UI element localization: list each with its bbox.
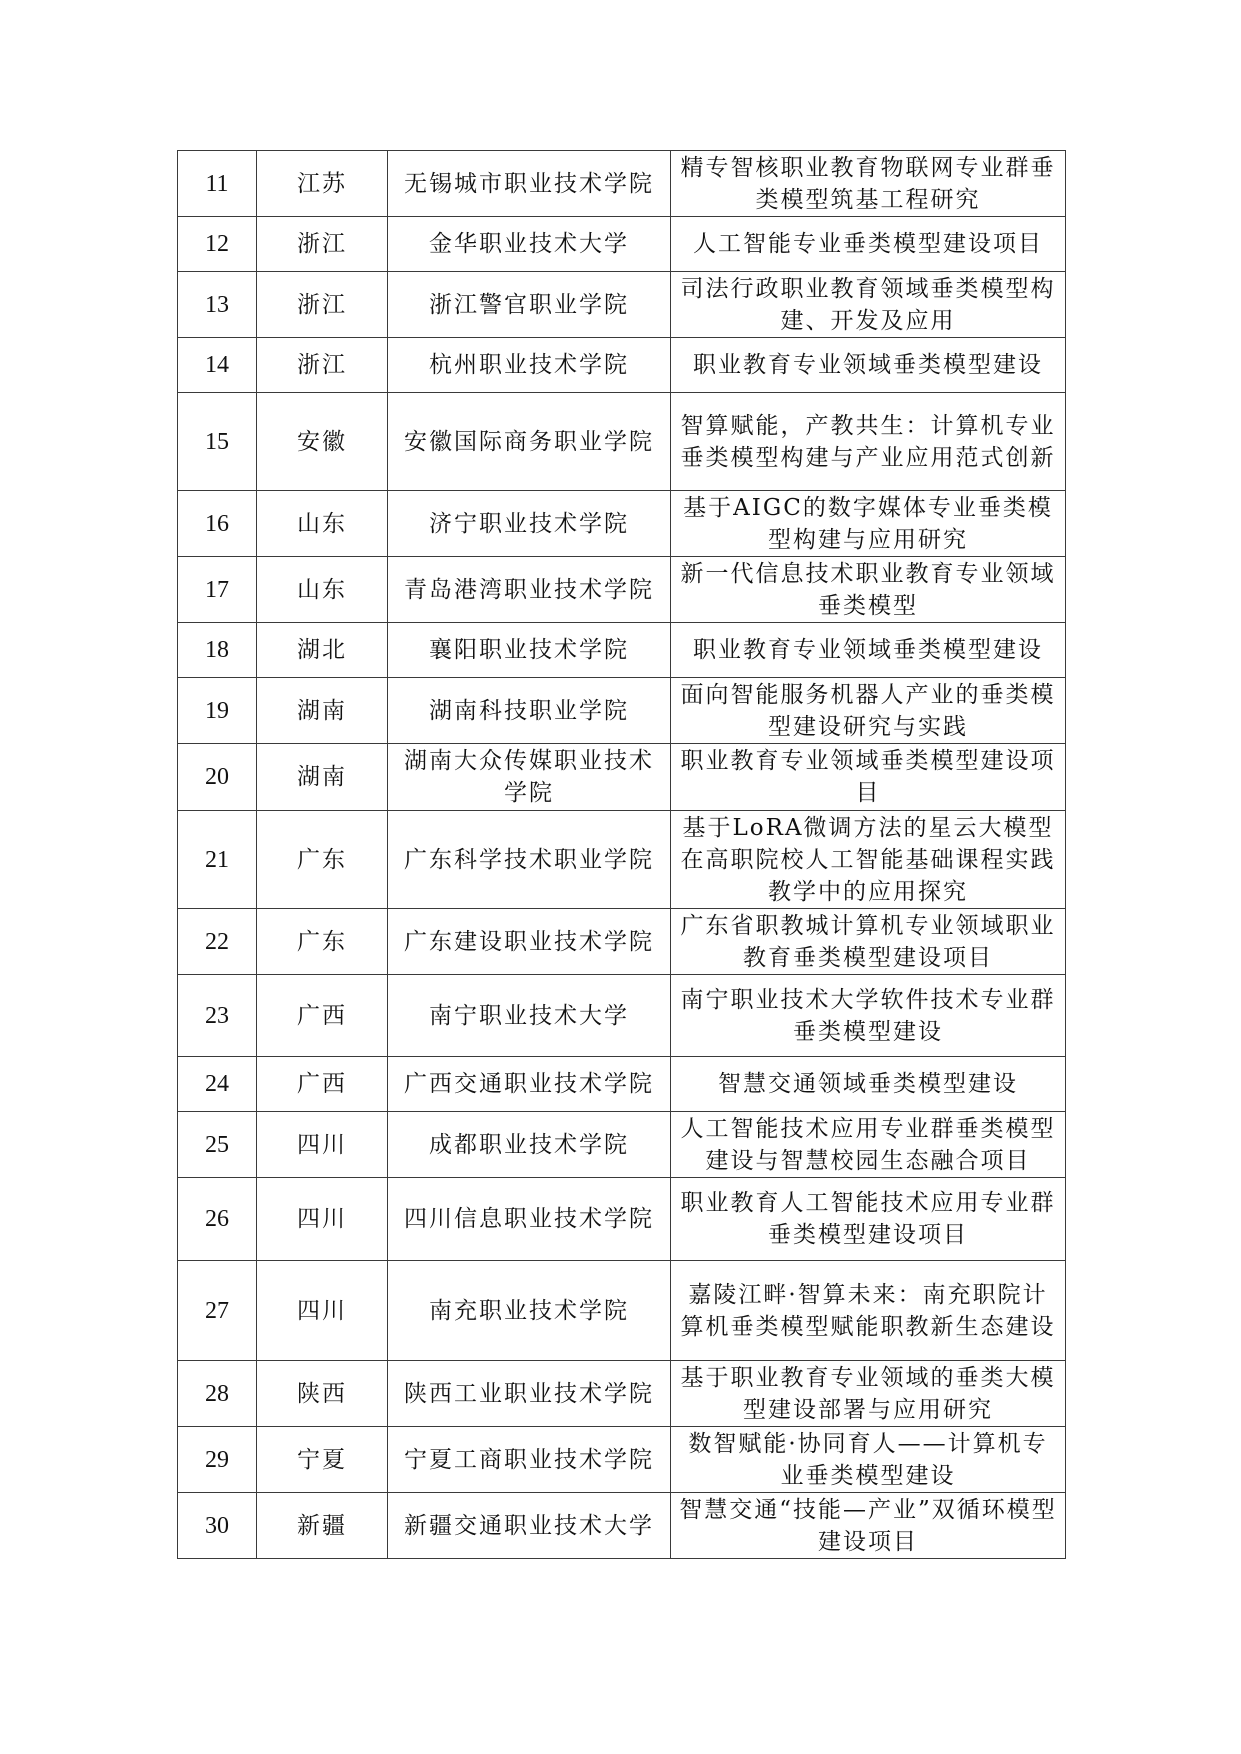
project-name-cell: 基于AIGC的数字媒体专业垂类模型构建与应用研究 [671,491,1066,557]
school-name-cell: 成都职业技术学院 [388,1112,671,1178]
school-name-cell: 南充职业技术学院 [388,1261,671,1361]
row-number-cell: 11 [178,151,257,217]
project-name-cell: 嘉陵江畔·智算未来：南充职院计算机垂类模型赋能职教新生态建设 [671,1261,1066,1361]
province-cell: 广西 [257,975,388,1057]
school-name-cell: 新疆交通职业技术大学 [388,1493,671,1559]
project-name-cell: 智慧交通“技能—产业”双循环模型建设项目 [671,1493,1066,1559]
school-name-cell: 襄阳职业技术学院 [388,623,671,678]
row-number-cell: 16 [178,491,257,557]
project-name-cell: 基于职业教育专业领域的垂类大模型建设部署与应用研究 [671,1361,1066,1427]
province-cell: 湖南 [257,678,388,744]
project-name-cell: 职业教育专业领域垂类模型建设项目 [671,744,1066,811]
row-number-cell: 17 [178,557,257,623]
project-name-cell: 职业教育人工智能技术应用专业群垂类模型建设项目 [671,1178,1066,1261]
table-row: 29宁夏宁夏工商职业技术学院数智赋能·协同育人——计算机专业垂类模型建设 [178,1427,1066,1493]
project-name-cell: 司法行政职业教育领域垂类模型构建、开发及应用 [671,272,1066,338]
project-name-cell: 智慧交通领域垂类模型建设 [671,1057,1066,1112]
table-row: 14浙江杭州职业技术学院职业教育专业领域垂类模型建设 [178,338,1066,393]
project-name-cell: 面向智能服务机器人产业的垂类模型建设研究与实践 [671,678,1066,744]
table-row: 19湖南湖南科技职业学院面向智能服务机器人产业的垂类模型建设研究与实践 [178,678,1066,744]
province-cell: 浙江 [257,272,388,338]
school-name-cell: 南宁职业技术大学 [388,975,671,1057]
table-row: 25四川成都职业技术学院人工智能技术应用专业群垂类模型建设与智慧校园生态融合项目 [178,1112,1066,1178]
province-cell: 山东 [257,491,388,557]
table-row: 22广东广东建设职业技术学院广东省职教城计算机专业领域职业教育垂类模型建设项目 [178,909,1066,975]
table-body: 11江苏无锡城市职业技术学院精专智核职业教育物联网专业群垂类模型筑基工程研究12… [178,151,1066,1559]
row-number-cell: 29 [178,1427,257,1493]
province-cell: 安徽 [257,393,388,491]
table-row: 23广西南宁职业技术大学南宁职业技术大学软件技术专业群垂类模型建设 [178,975,1066,1057]
province-cell: 江苏 [257,151,388,217]
province-cell: 湖北 [257,623,388,678]
province-cell: 广西 [257,1057,388,1112]
row-number-cell: 18 [178,623,257,678]
table-row: 27四川南充职业技术学院嘉陵江畔·智算未来：南充职院计算机垂类模型赋能职教新生态… [178,1261,1066,1361]
row-number-cell: 22 [178,909,257,975]
province-cell: 广东 [257,909,388,975]
row-number-cell: 12 [178,217,257,272]
province-cell: 宁夏 [257,1427,388,1493]
school-name-cell: 金华职业技术大学 [388,217,671,272]
row-number-cell: 27 [178,1261,257,1361]
province-cell: 新疆 [257,1493,388,1559]
table-row: 21广东广东科学技术职业学院基于LoRA微调方法的星云大模型在高职院校人工智能基… [178,811,1066,909]
table-row: 12浙江金华职业技术大学人工智能专业垂类模型建设项目 [178,217,1066,272]
row-number-cell: 14 [178,338,257,393]
table-row: 26四川四川信息职业技术学院职业教育人工智能技术应用专业群垂类模型建设项目 [178,1178,1066,1261]
table-row: 30新疆新疆交通职业技术大学智慧交通“技能—产业”双循环模型建设项目 [178,1493,1066,1559]
province-cell: 四川 [257,1261,388,1361]
school-name-cell: 广西交通职业技术学院 [388,1057,671,1112]
project-name-cell: 广东省职教城计算机专业领域职业教育垂类模型建设项目 [671,909,1066,975]
province-cell: 四川 [257,1178,388,1261]
row-number-cell: 21 [178,811,257,909]
school-name-cell: 安徽国际商务职业学院 [388,393,671,491]
table-row: 16山东济宁职业技术学院基于AIGC的数字媒体专业垂类模型构建与应用研究 [178,491,1066,557]
province-cell: 浙江 [257,338,388,393]
table-row: 28陕西陕西工业职业技术学院基于职业教育专业领域的垂类大模型建设部署与应用研究 [178,1361,1066,1427]
province-cell: 广东 [257,811,388,909]
table-row: 15安徽安徽国际商务职业学院智算赋能，产教共生：计算机专业垂类模型构建与产业应用… [178,393,1066,491]
project-name-cell: 基于LoRA微调方法的星云大模型在高职院校人工智能基础课程实践教学中的应用探究 [671,811,1066,909]
school-name-cell: 浙江警官职业学院 [388,272,671,338]
row-number-cell: 20 [178,744,257,811]
row-number-cell: 13 [178,272,257,338]
document-page: 11江苏无锡城市职业技术学院精专智核职业教育物联网专业群垂类模型筑基工程研究12… [0,0,1241,1754]
project-name-cell: 职业教育专业领域垂类模型建设 [671,338,1066,393]
row-number-cell: 26 [178,1178,257,1261]
school-name-cell: 杭州职业技术学院 [388,338,671,393]
school-name-cell: 广东科学技术职业学院 [388,811,671,909]
project-name-cell: 人工智能技术应用专业群垂类模型建设与智慧校园生态融合项目 [671,1112,1066,1178]
project-name-cell: 南宁职业技术大学软件技术专业群垂类模型建设 [671,975,1066,1057]
school-name-cell: 四川信息职业技术学院 [388,1178,671,1261]
school-name-cell: 湖南科技职业学院 [388,678,671,744]
school-name-cell: 青岛港湾职业技术学院 [388,557,671,623]
row-number-cell: 15 [178,393,257,491]
province-cell: 浙江 [257,217,388,272]
province-cell: 陕西 [257,1361,388,1427]
table-row: 24广西广西交通职业技术学院智慧交通领域垂类模型建设 [178,1057,1066,1112]
province-cell: 四川 [257,1112,388,1178]
school-name-cell: 济宁职业技术学院 [388,491,671,557]
table-row: 13浙江浙江警官职业学院司法行政职业教育领域垂类模型构建、开发及应用 [178,272,1066,338]
project-name-cell: 新一代信息技术职业教育专业领域垂类模型 [671,557,1066,623]
project-name-cell: 职业教育专业领域垂类模型建设 [671,623,1066,678]
row-number-cell: 19 [178,678,257,744]
school-name-cell: 陕西工业职业技术学院 [388,1361,671,1427]
province-cell: 湖南 [257,744,388,811]
project-name-cell: 人工智能专业垂类模型建设项目 [671,217,1066,272]
row-number-cell: 23 [178,975,257,1057]
school-name-cell: 无锡城市职业技术学院 [388,151,671,217]
project-name-cell: 数智赋能·协同育人——计算机专业垂类模型建设 [671,1427,1066,1493]
table-row: 20湖南湖南大众传媒职业技术学院职业教育专业领域垂类模型建设项目 [178,744,1066,811]
province-cell: 山东 [257,557,388,623]
project-name-cell: 精专智核职业教育物联网专业群垂类模型筑基工程研究 [671,151,1066,217]
project-name-cell: 智算赋能，产教共生：计算机专业垂类模型构建与产业应用范式创新 [671,393,1066,491]
table-row: 17山东青岛港湾职业技术学院新一代信息技术职业教育专业领域垂类模型 [178,557,1066,623]
row-number-cell: 24 [178,1057,257,1112]
row-number-cell: 25 [178,1112,257,1178]
table-row: 11江苏无锡城市职业技术学院精专智核职业教育物联网专业群垂类模型筑基工程研究 [178,151,1066,217]
table-row: 18湖北襄阳职业技术学院职业教育专业领域垂类模型建设 [178,623,1066,678]
row-number-cell: 28 [178,1361,257,1427]
row-number-cell: 30 [178,1493,257,1559]
project-list-table: 11江苏无锡城市职业技术学院精专智核职业教育物联网专业群垂类模型筑基工程研究12… [177,150,1066,1559]
school-name-cell: 广东建设职业技术学院 [388,909,671,975]
school-name-cell: 湖南大众传媒职业技术学院 [388,744,671,811]
school-name-cell: 宁夏工商职业技术学院 [388,1427,671,1493]
